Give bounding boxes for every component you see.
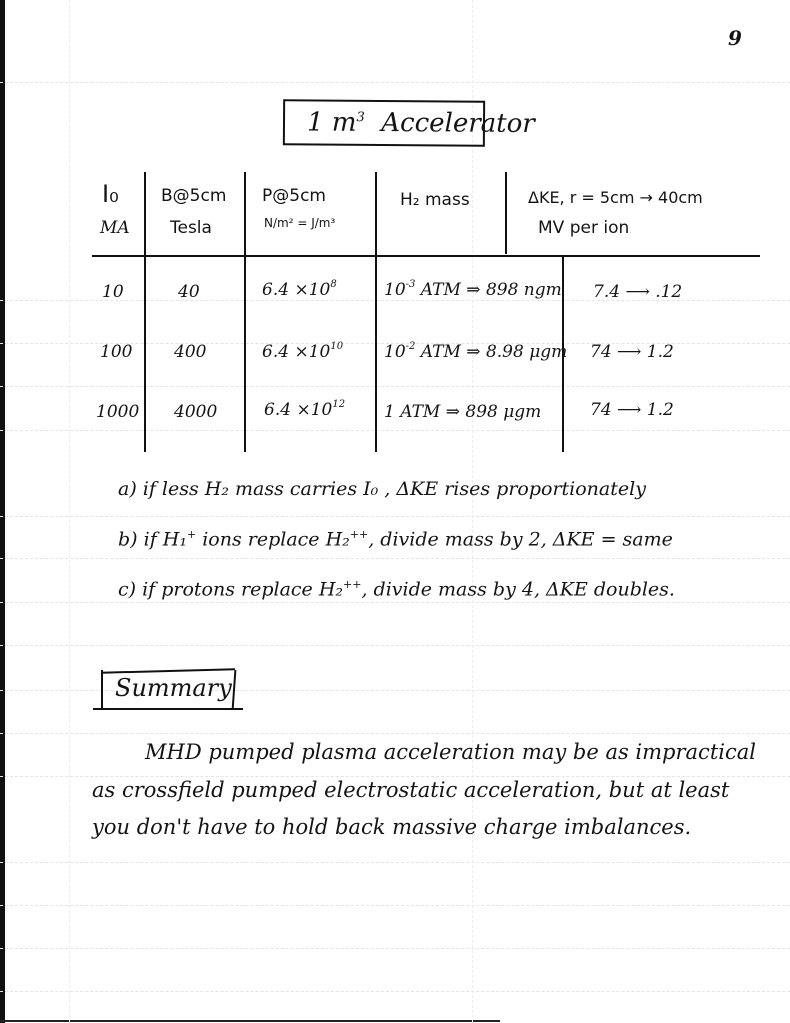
note-b: b) if H₁+ ions replace H₂++, divide mass…: [118, 528, 673, 550]
summary-line: as crossfield pumped electrostatic accel…: [92, 778, 729, 802]
header-delta-ke: ΔKE, r = 5cm → 40cm: [528, 188, 703, 207]
header-pressure-unit: N/m² = J/m³: [264, 216, 335, 230]
title-box: 1 m3 Accelerator: [283, 99, 485, 146]
table-divider: [505, 172, 507, 254]
summary-line: MHD pumped plasma acceleration may be as…: [145, 740, 756, 764]
header-field: B@5cm: [161, 186, 226, 206]
summary-box: Summary: [93, 670, 243, 710]
summary-heading: Summary: [115, 674, 232, 702]
header-delta-ke-unit: MV per ion: [538, 218, 629, 238]
page-bottom-edge: [0, 1020, 500, 1022]
header-h2-mass: H₂ mass: [400, 190, 470, 210]
header-field-unit: Tesla: [170, 218, 212, 238]
header-current-unit: MA: [100, 218, 130, 238]
note-c: c) if protons replace H₂++, divide mass …: [118, 578, 675, 600]
page-left-edge: [0, 0, 5, 1023]
note-a: a) if less H₂ mass carries I₀ , ΔKE rise…: [118, 478, 646, 500]
summary-line: you don't have to hold back massive char…: [92, 815, 691, 839]
header-current: I₀: [102, 180, 119, 208]
table-divider: [144, 172, 146, 452]
page-number: 9: [728, 26, 742, 50]
table-divider: [244, 172, 246, 452]
header-pressure: P@5cm: [262, 186, 326, 206]
table-divider: [375, 172, 377, 452]
table-header-rule: [92, 255, 760, 257]
page-title: 1 m3 Accelerator: [307, 107, 535, 139]
